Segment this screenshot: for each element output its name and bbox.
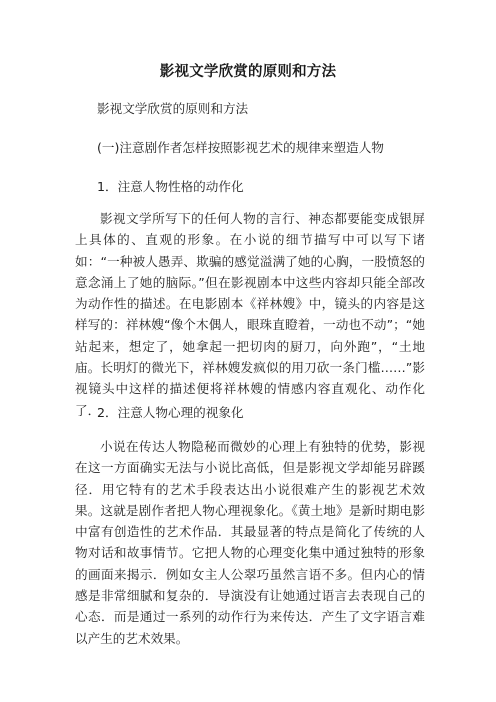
- point1-heading: 1．注意人物性格的动作化: [97, 176, 244, 195]
- document-subtitle: 影视文学欣赏的原则和方法: [97, 98, 248, 117]
- document-title: 影视文学欣赏的原则和方法: [0, 60, 496, 81]
- point2-paragraph: 小说在传达人物隐秘而微妙的心理上有独特的优势，影视在这一方面确实无法与小说比高低…: [75, 436, 425, 649]
- point1-paragraph: 影视文学所写下的任何人物的言行、神态都要能变成银屏上具体的、直观的形象。在小说的…: [75, 208, 425, 421]
- document-page: 影视文学欣赏的原则和方法 影视文学欣赏的原则和方法 (一)注意剧作者怎样按照影视…: [0, 0, 496, 702]
- point2-heading: 2．注意人物心理的视象化: [97, 402, 244, 421]
- section-heading: (一)注意剧作者怎样按照影视艺术的规律来塑造人物: [97, 137, 384, 156]
